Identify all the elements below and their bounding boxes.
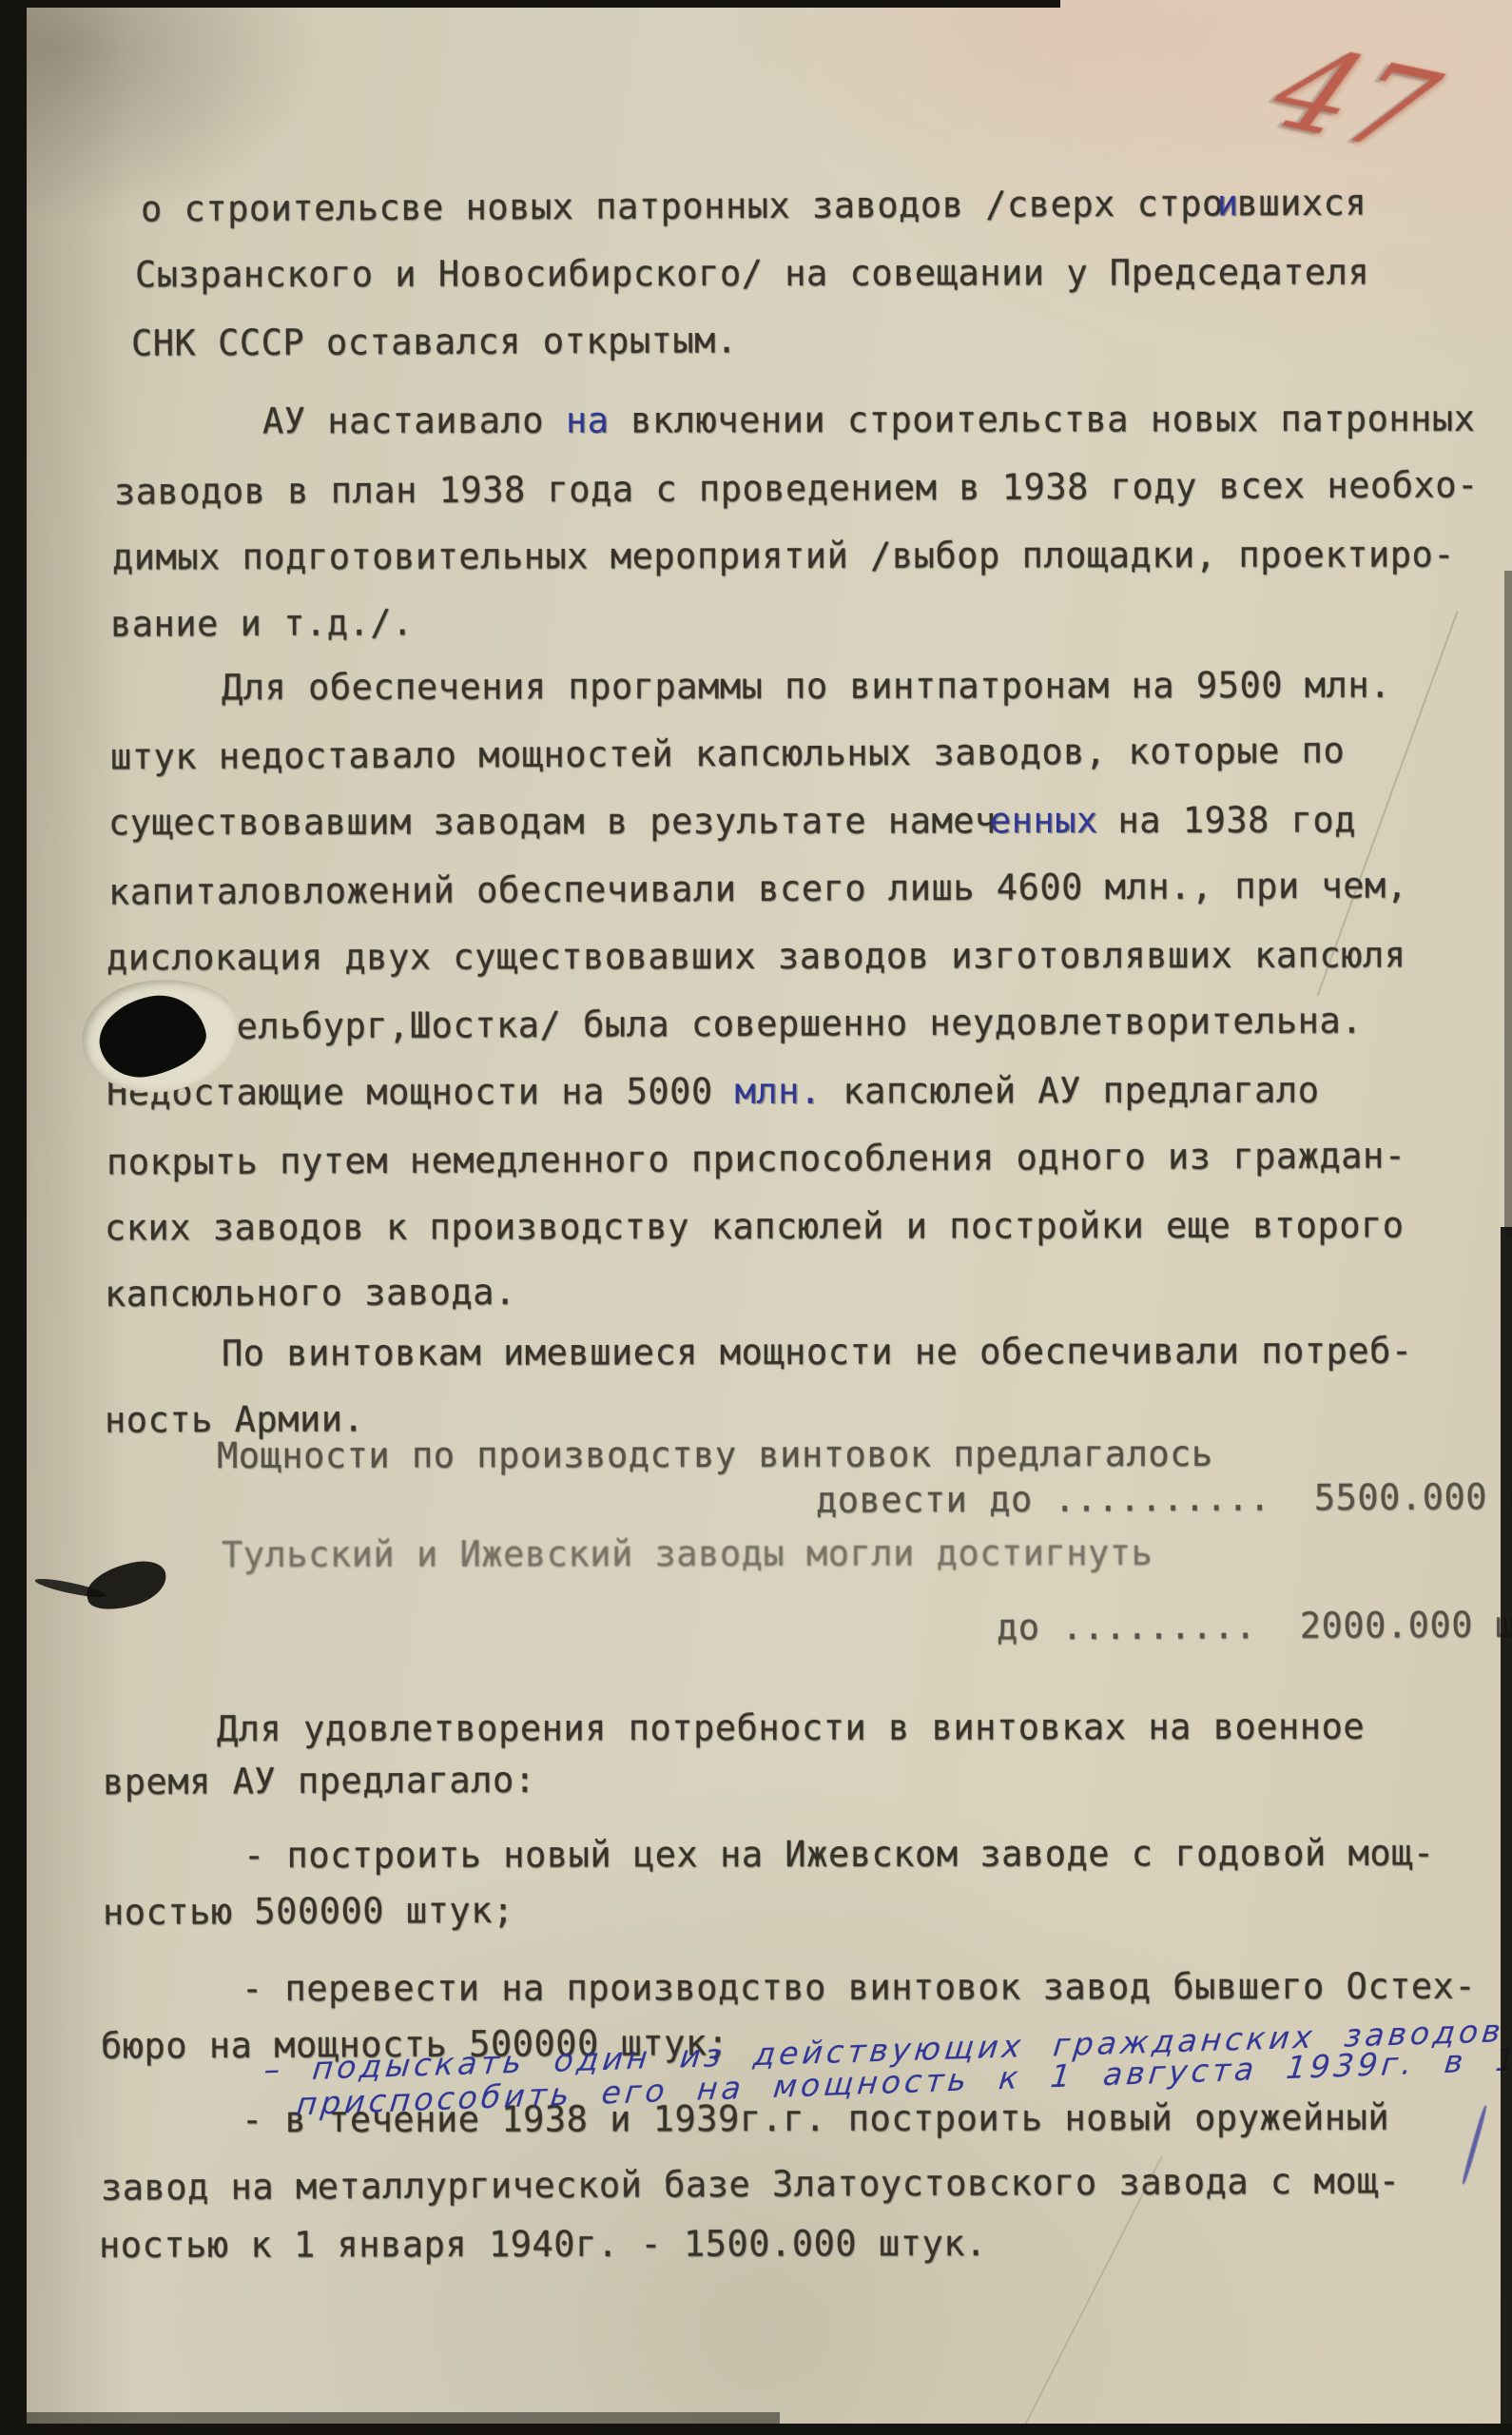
typed-line: дислокация двух существовавших заводов и… (107, 935, 1406, 980)
typed-segment: вшихся (1236, 183, 1367, 224)
typed-line: вание и т.д./. (110, 602, 414, 646)
typed-segment: о строительсве новых патронных заводов /… (141, 183, 1224, 229)
typed-line: ностью 500000 штук; (103, 1890, 514, 1934)
typed-line: довести до .......... 5500.000 шт (816, 1476, 1512, 1522)
typed-line: заводов в план 1938 года с проведением в… (114, 464, 1479, 514)
scan-edge-bottom-shade (0, 2412, 780, 2427)
typed-line: существовавшим заводам в результате наме… (108, 800, 1356, 845)
typed-line: СНК СССР оставался открытым. (131, 320, 738, 364)
typed-line: завод на металлургической базе Златоусто… (101, 2160, 1401, 2209)
typed-line: По винтовкам имевшиеся мощности не обесп… (222, 1331, 1413, 1375)
paper-sheet: 47 о строительсве новых патронных заводо… (27, 0, 1512, 2427)
typed-segment: включении строительства новых патронных (609, 399, 1475, 441)
typed-segment: существовавшим заводам в результате наме… (108, 800, 997, 843)
typed-line: Для удовлетворения потребности в винтовк… (217, 1706, 1365, 1751)
blue-pen-stroke (1461, 2105, 1488, 2185)
typed-segment: на 1938 год (1096, 800, 1356, 842)
scan-edge-left (0, 0, 27, 2435)
page-number: 47 (1251, 22, 1457, 178)
typed-line: до ......... 2000.000 шт. (997, 1604, 1512, 1648)
typed-segment: АУ настаивало (262, 400, 566, 442)
typed-line: - перевести на производство винтовок зав… (242, 1966, 1476, 2011)
scan-edge-right-faint (1504, 571, 1512, 1237)
blue-ink-correction: и (1217, 183, 1239, 224)
scan-edge-top (0, 0, 1060, 8)
typed-line: капсюльного завода. (105, 1272, 516, 1315)
typed-segment: капсюлей АУ предлагало (822, 1070, 1320, 1112)
typed-line: Сызранского и Новосибирского/ на совещан… (135, 252, 1369, 297)
typed-line: штук недоставало мощностей капсюльных за… (110, 730, 1345, 779)
scanned-document-page: 47 о строительсве новых патронных заводо… (0, 0, 1512, 2435)
typed-line: димых подготовительных мероприятий /выбо… (112, 535, 1455, 579)
typed-line: Тульский и Ижевский заводы могли достигн… (222, 1532, 1153, 1576)
typed-line: Для обеспечения программы по винтпатрона… (222, 665, 1391, 710)
typed-line: ских заводов к производству капсюлей и п… (105, 1205, 1405, 1250)
typed-line: ностью к 1 января 1940г. - 1500.000 штук… (99, 2223, 987, 2267)
typed-line: - построить новый цех на Ижевском заводе… (243, 1833, 1435, 1878)
typed-line: время АУ предлагало: (103, 1760, 536, 1803)
scan-edge-right (1501, 1227, 1512, 2435)
typed-line: Недостающие мощности на 5000 млн. капсюл… (107, 1070, 1320, 1115)
blue-ink-correction: млн. (734, 1071, 821, 1112)
typed-line: Мощности по производству винтовок предла… (217, 1433, 1213, 1477)
typed-line: покрыть путем немедленного приспособлени… (107, 1135, 1406, 1183)
typed-line: о строительсве новых патронных заводов /… (141, 183, 1367, 231)
typed-line: АУ настаивало на включении строительства… (262, 399, 1476, 443)
typed-line: капиталовложений обеспечивали всего лишь… (108, 865, 1408, 913)
blue-ink-correction: на (566, 400, 610, 441)
typed-line: /Шлиссельбург,Шостка/ была совершенно не… (107, 1001, 1363, 1049)
ink-blot (82, 1555, 171, 1615)
blue-ink-correction: енных (990, 800, 1098, 841)
